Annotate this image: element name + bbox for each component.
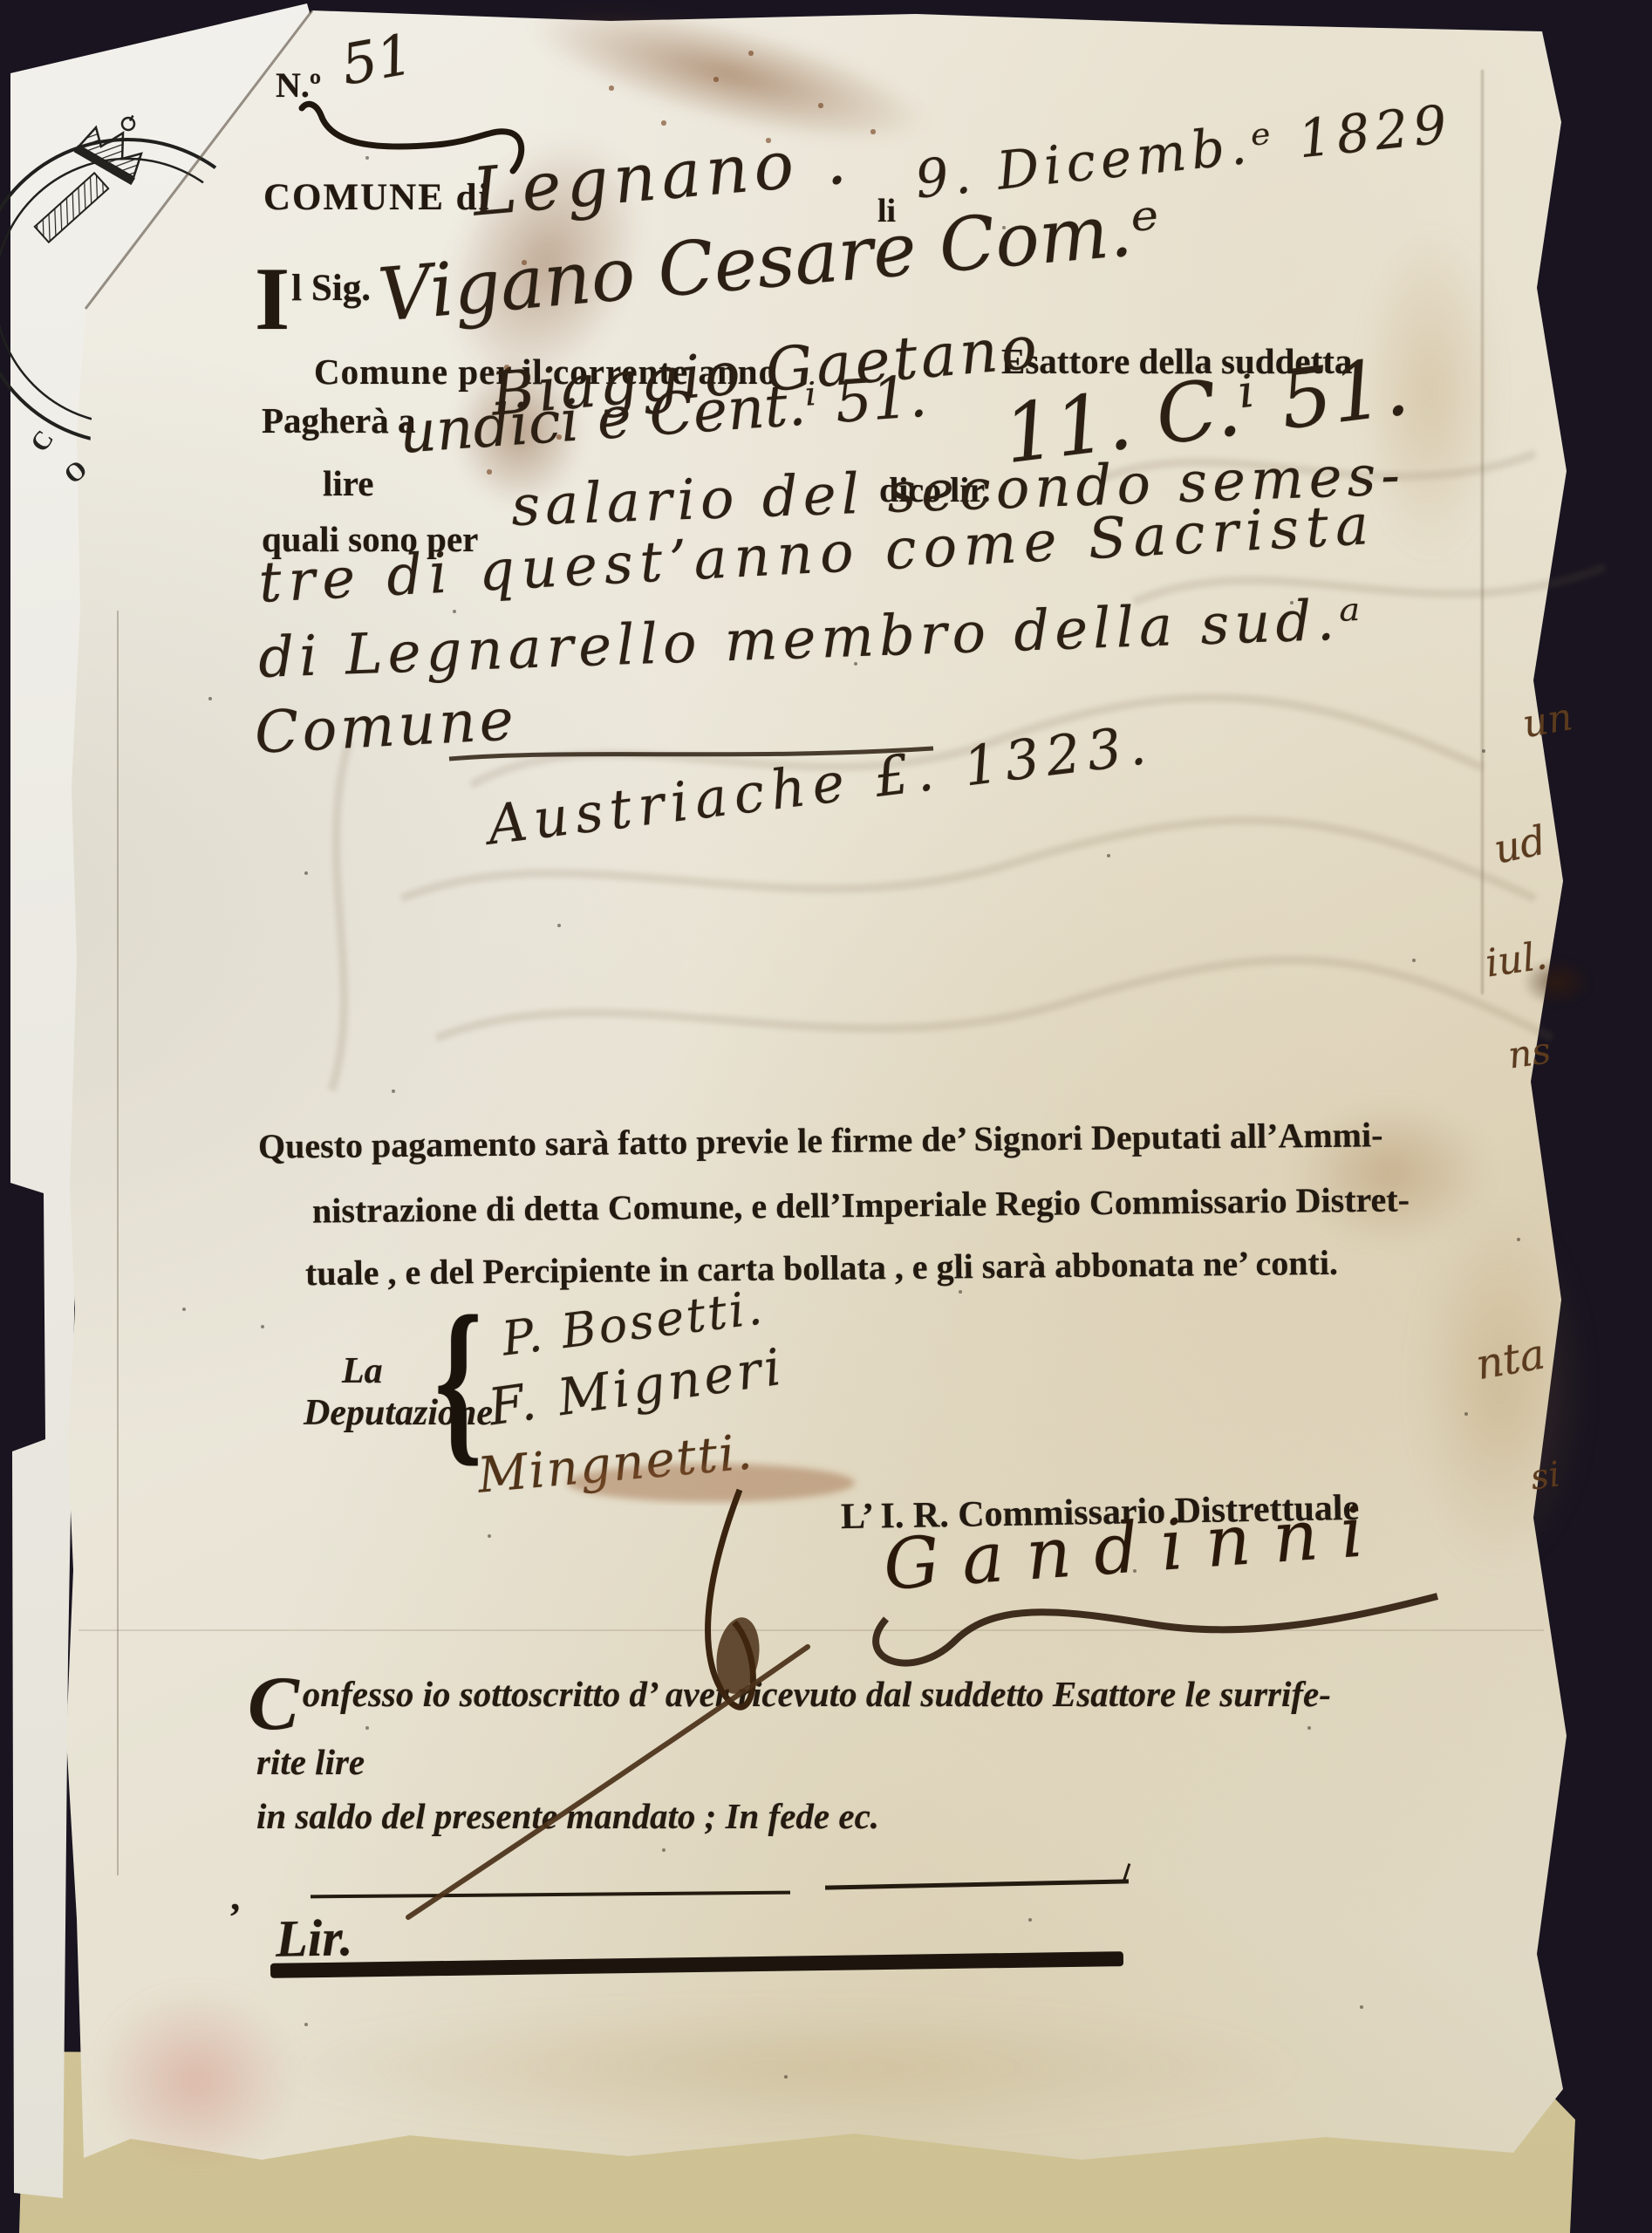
receipt-clause-line: in saldo del presente mandato ; In fede … (256, 1795, 879, 1837)
reason-line-handwritten: Comune (253, 686, 519, 767)
thin-rule-segment (311, 1891, 790, 1899)
addressee-rest: l Sig. (291, 268, 371, 309)
document-number-value: 51 (337, 23, 418, 99)
decorative-initial-C: C (248, 1661, 299, 1746)
stain-flecks (0, 0, 2, 2)
edge-writing-fragment: ud (1490, 816, 1550, 873)
receipt-rest: onfesso io sottoscritto d’ aver ricevuto… (303, 1674, 1331, 1714)
payment-clause-line: nistrazione di detta Comune, e dell’Impe… (312, 1178, 1410, 1231)
text-layer: N.º 51 COMUNE di Legnano . li 9. Dicemb.… (0, 0, 1652, 2233)
receipt-clause-line: Confesso io sottoscritto d’ aver ricevut… (248, 1673, 1331, 1731)
decorative-initial-I: I (255, 249, 291, 349)
apostrophe-mark: ’ (229, 1895, 242, 1939)
scanned-document-photo: C O N.º 51 COMUNE di Legnano . li 9. Dic… (0, 0, 1652, 2233)
currency-line-handwritten: Austriache £. 1323. (484, 712, 1156, 857)
edge-writing-fragment: ns (1505, 1028, 1553, 1076)
date-handwritten: 9. Dicemb.ᵉ 1829 (912, 93, 1455, 210)
thin-rule-segment (825, 1879, 1129, 1889)
edge-writing-fragment: un (1519, 694, 1576, 747)
commune-label: COMUNE di (263, 176, 490, 219)
edge-writing-fragment: iul. (1483, 933, 1550, 986)
lire-label: lire (323, 462, 373, 504)
thick-rule (270, 1951, 1123, 1978)
addressee-line: Il Sig. (255, 267, 371, 331)
commune-name-handwritten: Legnano . (469, 120, 854, 231)
deputation-signature: Mingnetti. (475, 1424, 756, 1504)
document-number-label: N.º (276, 65, 321, 106)
deputation-brace: { (434, 1289, 482, 1472)
payment-clause-line: Questo pagamento sarà fatto previe le fi… (258, 1114, 1383, 1167)
edge-writing-fragment: nta (1472, 1329, 1548, 1390)
lir-label: Lir. (275, 1908, 353, 1970)
receipt-clause-line: rite lire (256, 1741, 365, 1783)
deputation-label-la: La (342, 1350, 383, 1392)
pay-label: Pagherà a (262, 399, 416, 441)
edge-writing-fragment: si (1528, 1454, 1562, 1498)
